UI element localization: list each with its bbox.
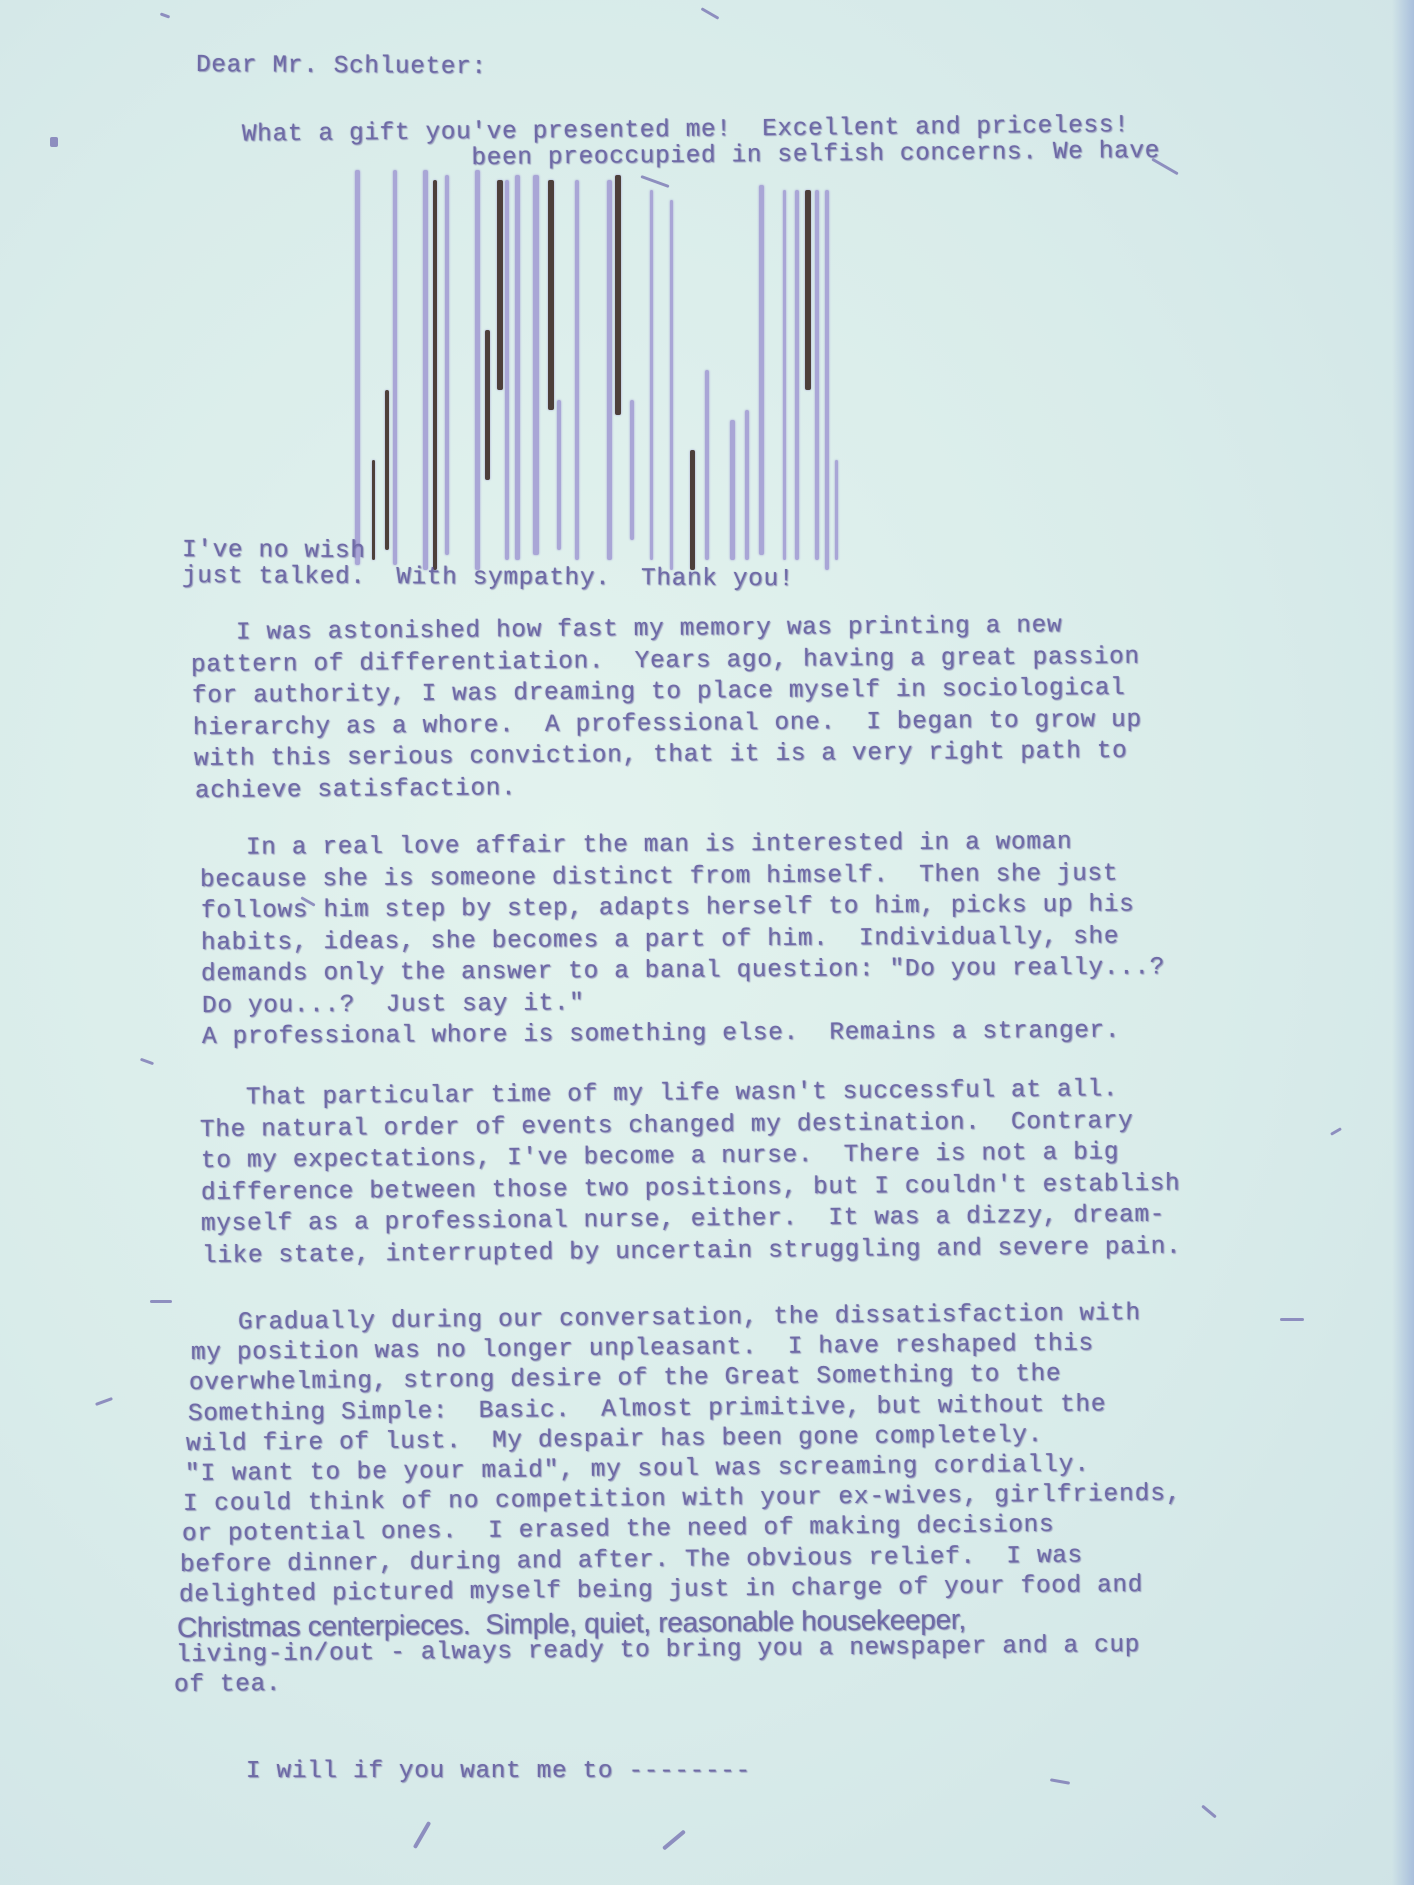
paragraph-p5-line-3: overwhelming, strong desire of the Great… xyxy=(189,1361,1061,1397)
redaction-bar xyxy=(515,175,520,560)
redaction-bar xyxy=(730,420,735,560)
redaction-bar xyxy=(690,450,695,570)
ink-speck xyxy=(1050,1778,1070,1784)
redaction-bar xyxy=(385,390,389,550)
redaction-bar xyxy=(355,170,360,565)
ink-speck xyxy=(1330,1127,1342,1136)
redaction-bar xyxy=(575,180,579,560)
ink-speck xyxy=(413,1821,431,1849)
paragraph-p3-line-4: habits, ideas, she becomes a part of him… xyxy=(201,923,1119,956)
paragraph-p4-line-6: like state, interrupted by uncertain str… xyxy=(201,1233,1181,1269)
redaction-bar xyxy=(445,175,449,555)
paragraph-p2-line-2: pattern of differentiation. Years ago, h… xyxy=(191,643,1140,678)
redaction-bar xyxy=(475,170,480,570)
paragraph-p2-line-1: I was astonished how fast my memory was … xyxy=(190,612,1062,647)
redaction-bar xyxy=(650,190,653,560)
redaction-bar xyxy=(505,180,509,560)
redaction-bar xyxy=(433,180,437,570)
ink-speck xyxy=(1201,1805,1217,1819)
ink-speck xyxy=(1280,1318,1304,1321)
ink-speck xyxy=(95,1397,113,1406)
redaction-bar xyxy=(423,170,428,570)
redaction-bar xyxy=(615,175,621,415)
paragraph-p2-line-4: hierarchy as a whore. A professional one… xyxy=(193,706,1142,741)
redaction-bar xyxy=(825,190,829,570)
ink-speck xyxy=(150,1300,172,1303)
paragraph-p3-line-1: In a real love affair the man is interes… xyxy=(200,829,1072,862)
ink-speck xyxy=(50,137,58,147)
paragraph-p3-line-7: A professional whore is something else. … xyxy=(202,1018,1120,1051)
redaction-bar xyxy=(783,190,786,560)
paragraph-p3-line-3: follows him step by step, adapts herself… xyxy=(200,891,1134,925)
redaction-bar xyxy=(670,200,673,570)
redaction-bar xyxy=(795,190,799,560)
paragraph-p4-line-1: That particular time of my life wasn't s… xyxy=(200,1076,1118,1112)
ink-speck xyxy=(701,7,720,20)
ink-speck xyxy=(662,1829,686,1850)
paragraph-p3-line-5: demands only the answer to a banal quest… xyxy=(201,954,1165,988)
letter-page: Dear Mr. Schlueter: What a gift you've p… xyxy=(0,0,1414,1885)
redaction-bar xyxy=(705,370,709,560)
redaction-bar xyxy=(815,190,819,560)
paragraph-1b-line-1: I've no wish xyxy=(182,537,366,565)
paragraph-p6-line-1: I will if you want me to -------- xyxy=(200,1758,751,1785)
redaction-bar xyxy=(393,170,397,565)
redaction-bar xyxy=(630,400,634,540)
redaction-bar xyxy=(835,460,838,560)
redaction-barcode-overlay xyxy=(345,160,905,580)
paragraph-p2-line-5: with this serious conviction, that it is… xyxy=(194,738,1128,773)
redaction-bar xyxy=(497,180,503,390)
redaction-bar xyxy=(557,400,561,550)
redaction-bar xyxy=(485,330,490,480)
paragraph-p4-line-2: The natural order of events changed my d… xyxy=(200,1108,1134,1144)
paragraph-p5-line-13: of tea. xyxy=(174,1671,281,1699)
redaction-bar xyxy=(548,180,554,410)
ink-speck xyxy=(160,12,170,18)
paragraph-1b-line-2: just talked. With sympathy. Thank you! xyxy=(182,563,794,593)
paragraph-p4-line-3: to my expectations, I've become a nurse.… xyxy=(200,1139,1118,1175)
paragraph-p2-line-6: achieve satisfaction. xyxy=(195,775,517,805)
redaction-bar xyxy=(745,410,749,560)
paragraph-p3-line-2: because she is someone distinct from him… xyxy=(200,860,1118,893)
redaction-bar xyxy=(533,175,539,555)
redaction-bar xyxy=(607,180,612,560)
paragraph-p4-line-5: myself as a professional nurse, either. … xyxy=(201,1202,1165,1238)
ink-speck xyxy=(1151,158,1178,176)
paragraph-p2-line-3: for authority, I was dreaming to place m… xyxy=(192,675,1126,710)
redaction-bar xyxy=(805,190,811,390)
redaction-bar xyxy=(759,185,764,555)
ink-speck xyxy=(140,1058,154,1066)
paragraph-p5-line-8: or potential ones. I erased the need of … xyxy=(181,1512,1053,1548)
redaction-bar xyxy=(372,460,375,560)
page-edge-shadow xyxy=(1392,0,1414,1885)
paragraph-p3-line-6: Do you...? Just say it." xyxy=(201,990,584,1020)
salutation: Dear Mr. Schlueter: xyxy=(196,52,487,81)
paragraph-p4-line-4: difference between those two positions, … xyxy=(201,1170,1181,1206)
